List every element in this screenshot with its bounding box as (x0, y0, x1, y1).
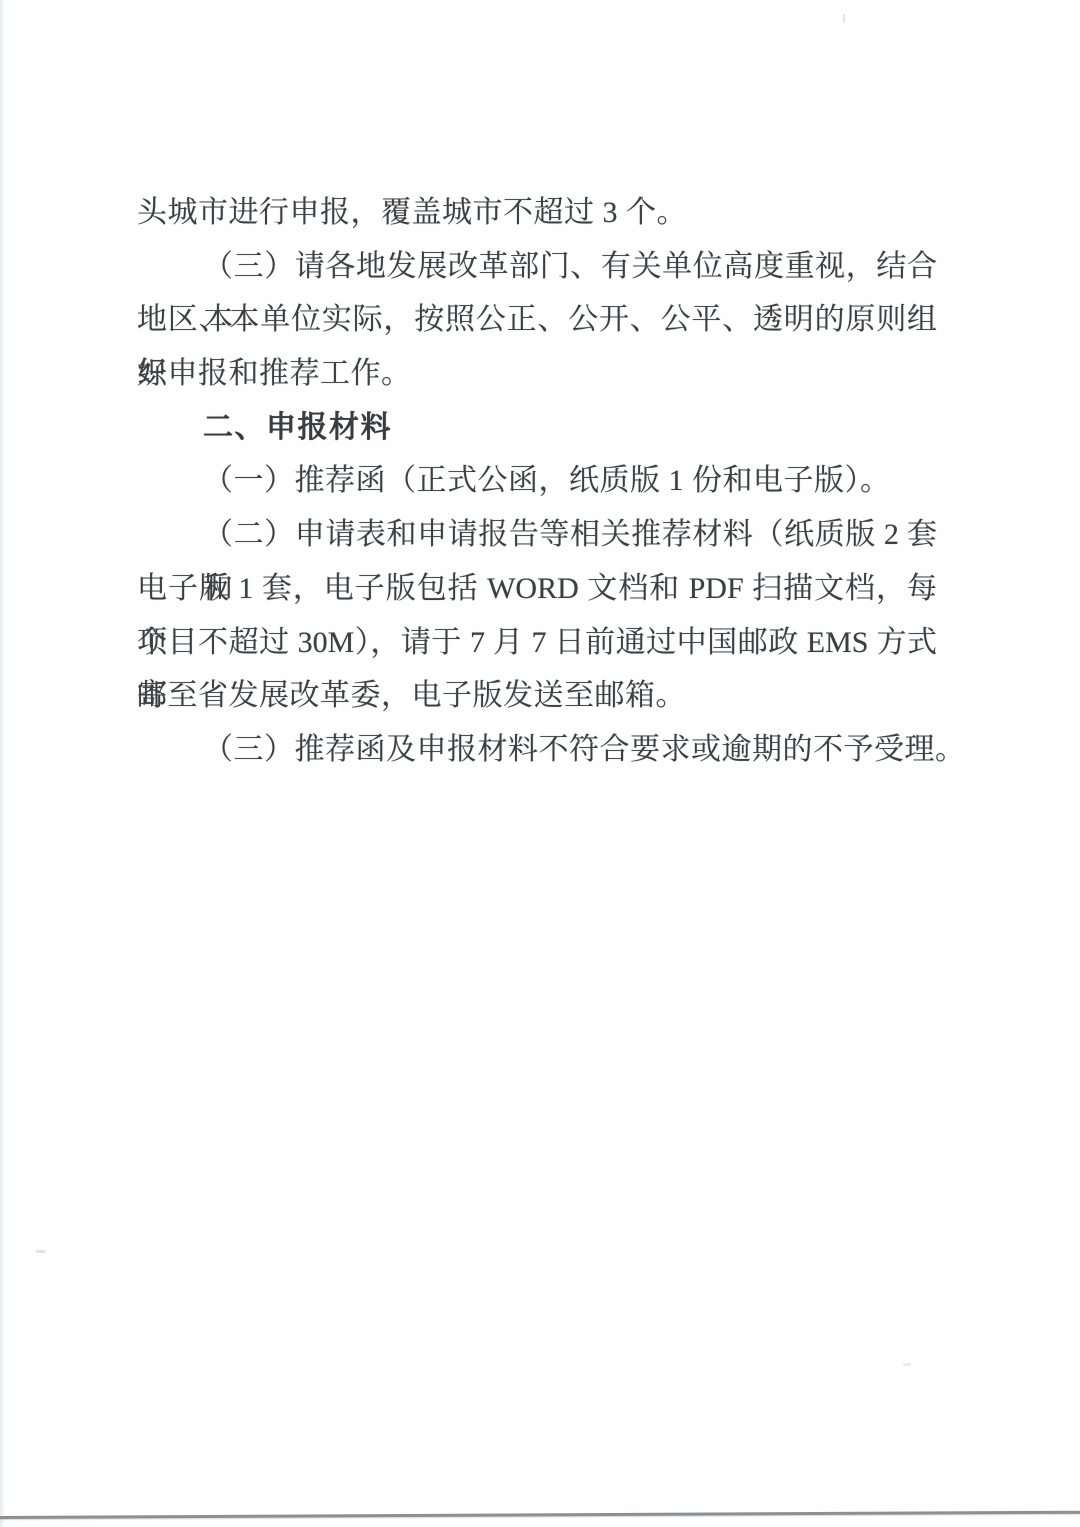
text-line: （三）请各地发展改革部门、有关单位高度重视，结合本 (137, 240, 937, 294)
document-text-block: 头城市进行申报，覆盖城市不超过 3 个。（三）请各地发展改革部门、有关单位高度重… (137, 186, 937, 777)
scan-speck (903, 1363, 911, 1366)
text-line: 项目不超过 30M），请于 7 月 7 日前通过中国邮政 EMS 方式邮 (137, 616, 937, 670)
section-heading: 二、申报材料 (137, 401, 937, 455)
text-line: （二）申请表和申请报告等相关推荐材料（纸质版 2 套和 (137, 508, 937, 562)
scan-left-edge-shadow (0, 0, 5, 1527)
scan-speck (843, 14, 845, 23)
scanned-document-page: 头城市进行申报，覆盖城市不超过 3 个。（三）请各地发展改革部门、有关单位高度重… (0, 0, 1080, 1527)
text-line: 头城市进行申报，覆盖城市不超过 3 个。 (137, 186, 937, 240)
text-line: （一）推荐函（正式公函，纸质版 1 份和电子版）。 (137, 454, 937, 508)
text-line: 电子版 1 套，电子版包括 WORD 文档和 PDF 扫描文档，每个 (137, 562, 937, 616)
scan-speck (36, 1250, 45, 1253)
text-line: 寄至省发展改革委，电子版发送至邮箱。 (137, 669, 937, 723)
scan-bottom-edge-line (0, 1511, 1080, 1519)
text-line: 地区、本单位实际，按照公正、公开、公平、透明的原则组织 (137, 293, 937, 347)
text-line: 好申报和推荐工作。 (137, 347, 937, 401)
text-line: （三）推荐函及申报材料不符合要求或逾期的不予受理。 (137, 723, 937, 777)
